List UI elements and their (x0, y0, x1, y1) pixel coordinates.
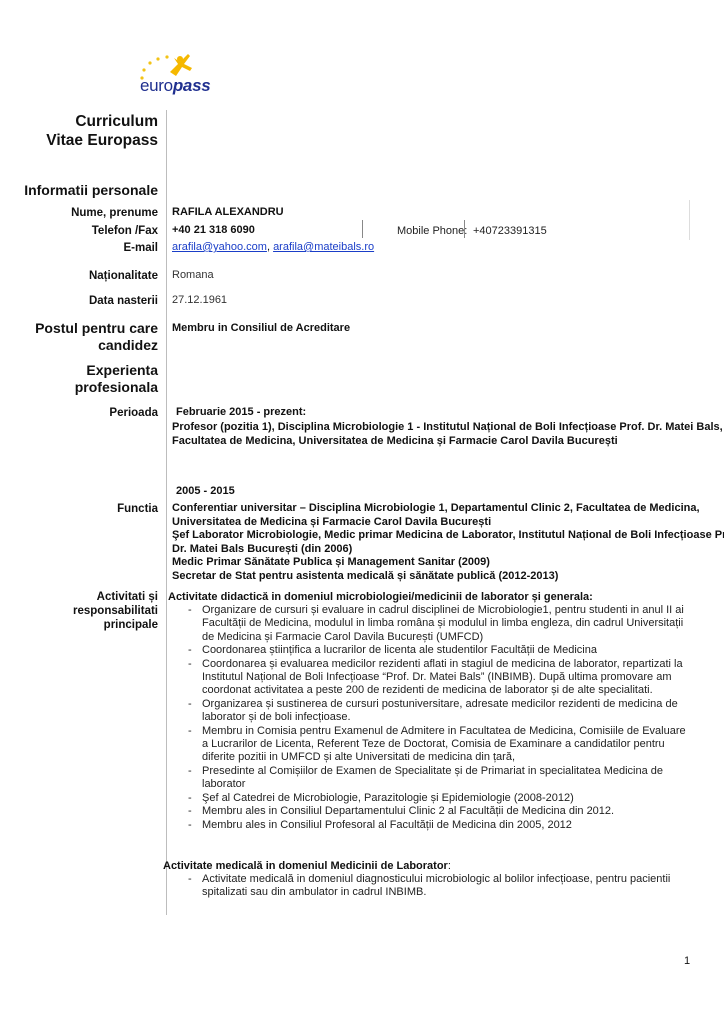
function-line-3: Şef Laborator Microbiologie, Medic prima… (172, 529, 724, 543)
activities-label-line1: Activitati și (97, 590, 158, 604)
didactic-item: Membru ales in Consiliul Profesoral al F… (172, 819, 692, 832)
didactic-item: Presedinte al Comișiilor de Examen de Sp… (172, 765, 692, 792)
function-line-1: Conferentiar universitar – Disciplina Mi… (172, 502, 724, 516)
name-label: Nume, prenume (71, 206, 158, 220)
role-1-line2: Facultatea de Medicina, Universitatea de… (172, 435, 724, 449)
activities-label-line2: responsabilitati (73, 604, 158, 618)
phone-value: +40 21 318 6090 (172, 224, 255, 238)
europass-logo: europass (118, 50, 218, 100)
didactic-item: Organizare de cursuri și evaluare in cad… (172, 604, 692, 644)
didactic-item: Coordonarea științifica a lucrarilor de … (172, 644, 692, 657)
logo-text-euro: euro (140, 76, 173, 95)
table-right-border (689, 200, 690, 240)
didactic-item: Coordonarea și evaluarea medicilor rezid… (172, 658, 692, 698)
function-line-6: Secretar de Stat pentru asistenta medica… (172, 570, 724, 584)
position-label-line2: candidez (98, 337, 158, 354)
period-label: Perioada (109, 406, 158, 420)
function-line-2: Universitatea de Medicina și Farmacie Ca… (172, 516, 724, 530)
position-label-line1: Postul pentru care (35, 320, 158, 337)
function-label: Functia (117, 502, 158, 516)
function-line-5: Medic Primar Sănătate Publica și Managem… (172, 556, 724, 570)
phone-separator (362, 220, 363, 238)
nationality-label: Naționalitate (89, 269, 158, 283)
role-1-line1: Profesor (pozitia 1), Disciplina Microbi… (172, 421, 724, 435)
medical-item: Activitate medicală in domeniul diagnost… (172, 873, 692, 900)
didactic-heading: Activitate didactică in domeniul microbi… (168, 590, 593, 604)
period-1: Februarie 2015 - prezent: (176, 406, 306, 420)
name-value: RAFILA ALEXANDRU (172, 206, 284, 220)
mobile-separator (464, 220, 465, 238)
didactic-item: Membru ales in Consiliul Departamentului… (172, 805, 692, 818)
email-label: E-mail (123, 241, 158, 255)
didactic-item: Membru in Comisia pentru Examenul de Adm… (172, 725, 692, 765)
logo-text-pass: pass (173, 76, 211, 95)
birthdate-label: Data nasterii (89, 294, 158, 308)
cv-title-line2: Vitae Europass (46, 131, 158, 150)
email-value: arafila@yahoo.com, arafila@mateibals.ro (172, 241, 374, 255)
function-line-4: Dr. Matei Bals București (din 2006) (172, 543, 724, 557)
activities-label-line3: principale (104, 618, 158, 632)
email-link-mateibals[interactable]: arafila@mateibals.ro (273, 241, 374, 253)
position-value: Membru in Consiliul de Acreditare (172, 322, 350, 336)
experience-label-line2: profesionala (75, 379, 158, 396)
phone-label: Telefon /Fax (92, 224, 158, 238)
page-number: 1 (684, 955, 690, 967)
medical-list: Activitate medicală in domeniul diagnost… (172, 873, 692, 900)
didactic-item: Şef al Catedrei de Microbiologie, Parazi… (172, 792, 692, 805)
didactic-list: Organizare de cursuri și evaluare in cad… (172, 604, 692, 832)
email-link-yahoo[interactable]: arafila@yahoo.com (172, 241, 267, 253)
column-divider (166, 110, 167, 915)
section-personal-info: Informatii personale (24, 182, 158, 199)
nationality-value: Romana (172, 269, 214, 283)
experience-label-line1: Experienta (86, 362, 158, 379)
medical-heading: Activitate medicală in domeniul Medicini… (163, 859, 451, 873)
mobile-value: +40723391315 (473, 225, 547, 239)
cv-title-line1: Curriculum (75, 112, 158, 131)
mobile-label: Mobile Phone: (397, 225, 467, 239)
birthdate-value: 27.12.1961 (172, 294, 227, 308)
didactic-item: Organizarea și sustinerea de cursuri pos… (172, 698, 692, 725)
period-2: 2005 - 2015 (176, 485, 235, 499)
medical-heading-colon: : (448, 860, 451, 872)
medical-heading-text: Activitate medicală in domeniul Medicini… (163, 860, 448, 872)
